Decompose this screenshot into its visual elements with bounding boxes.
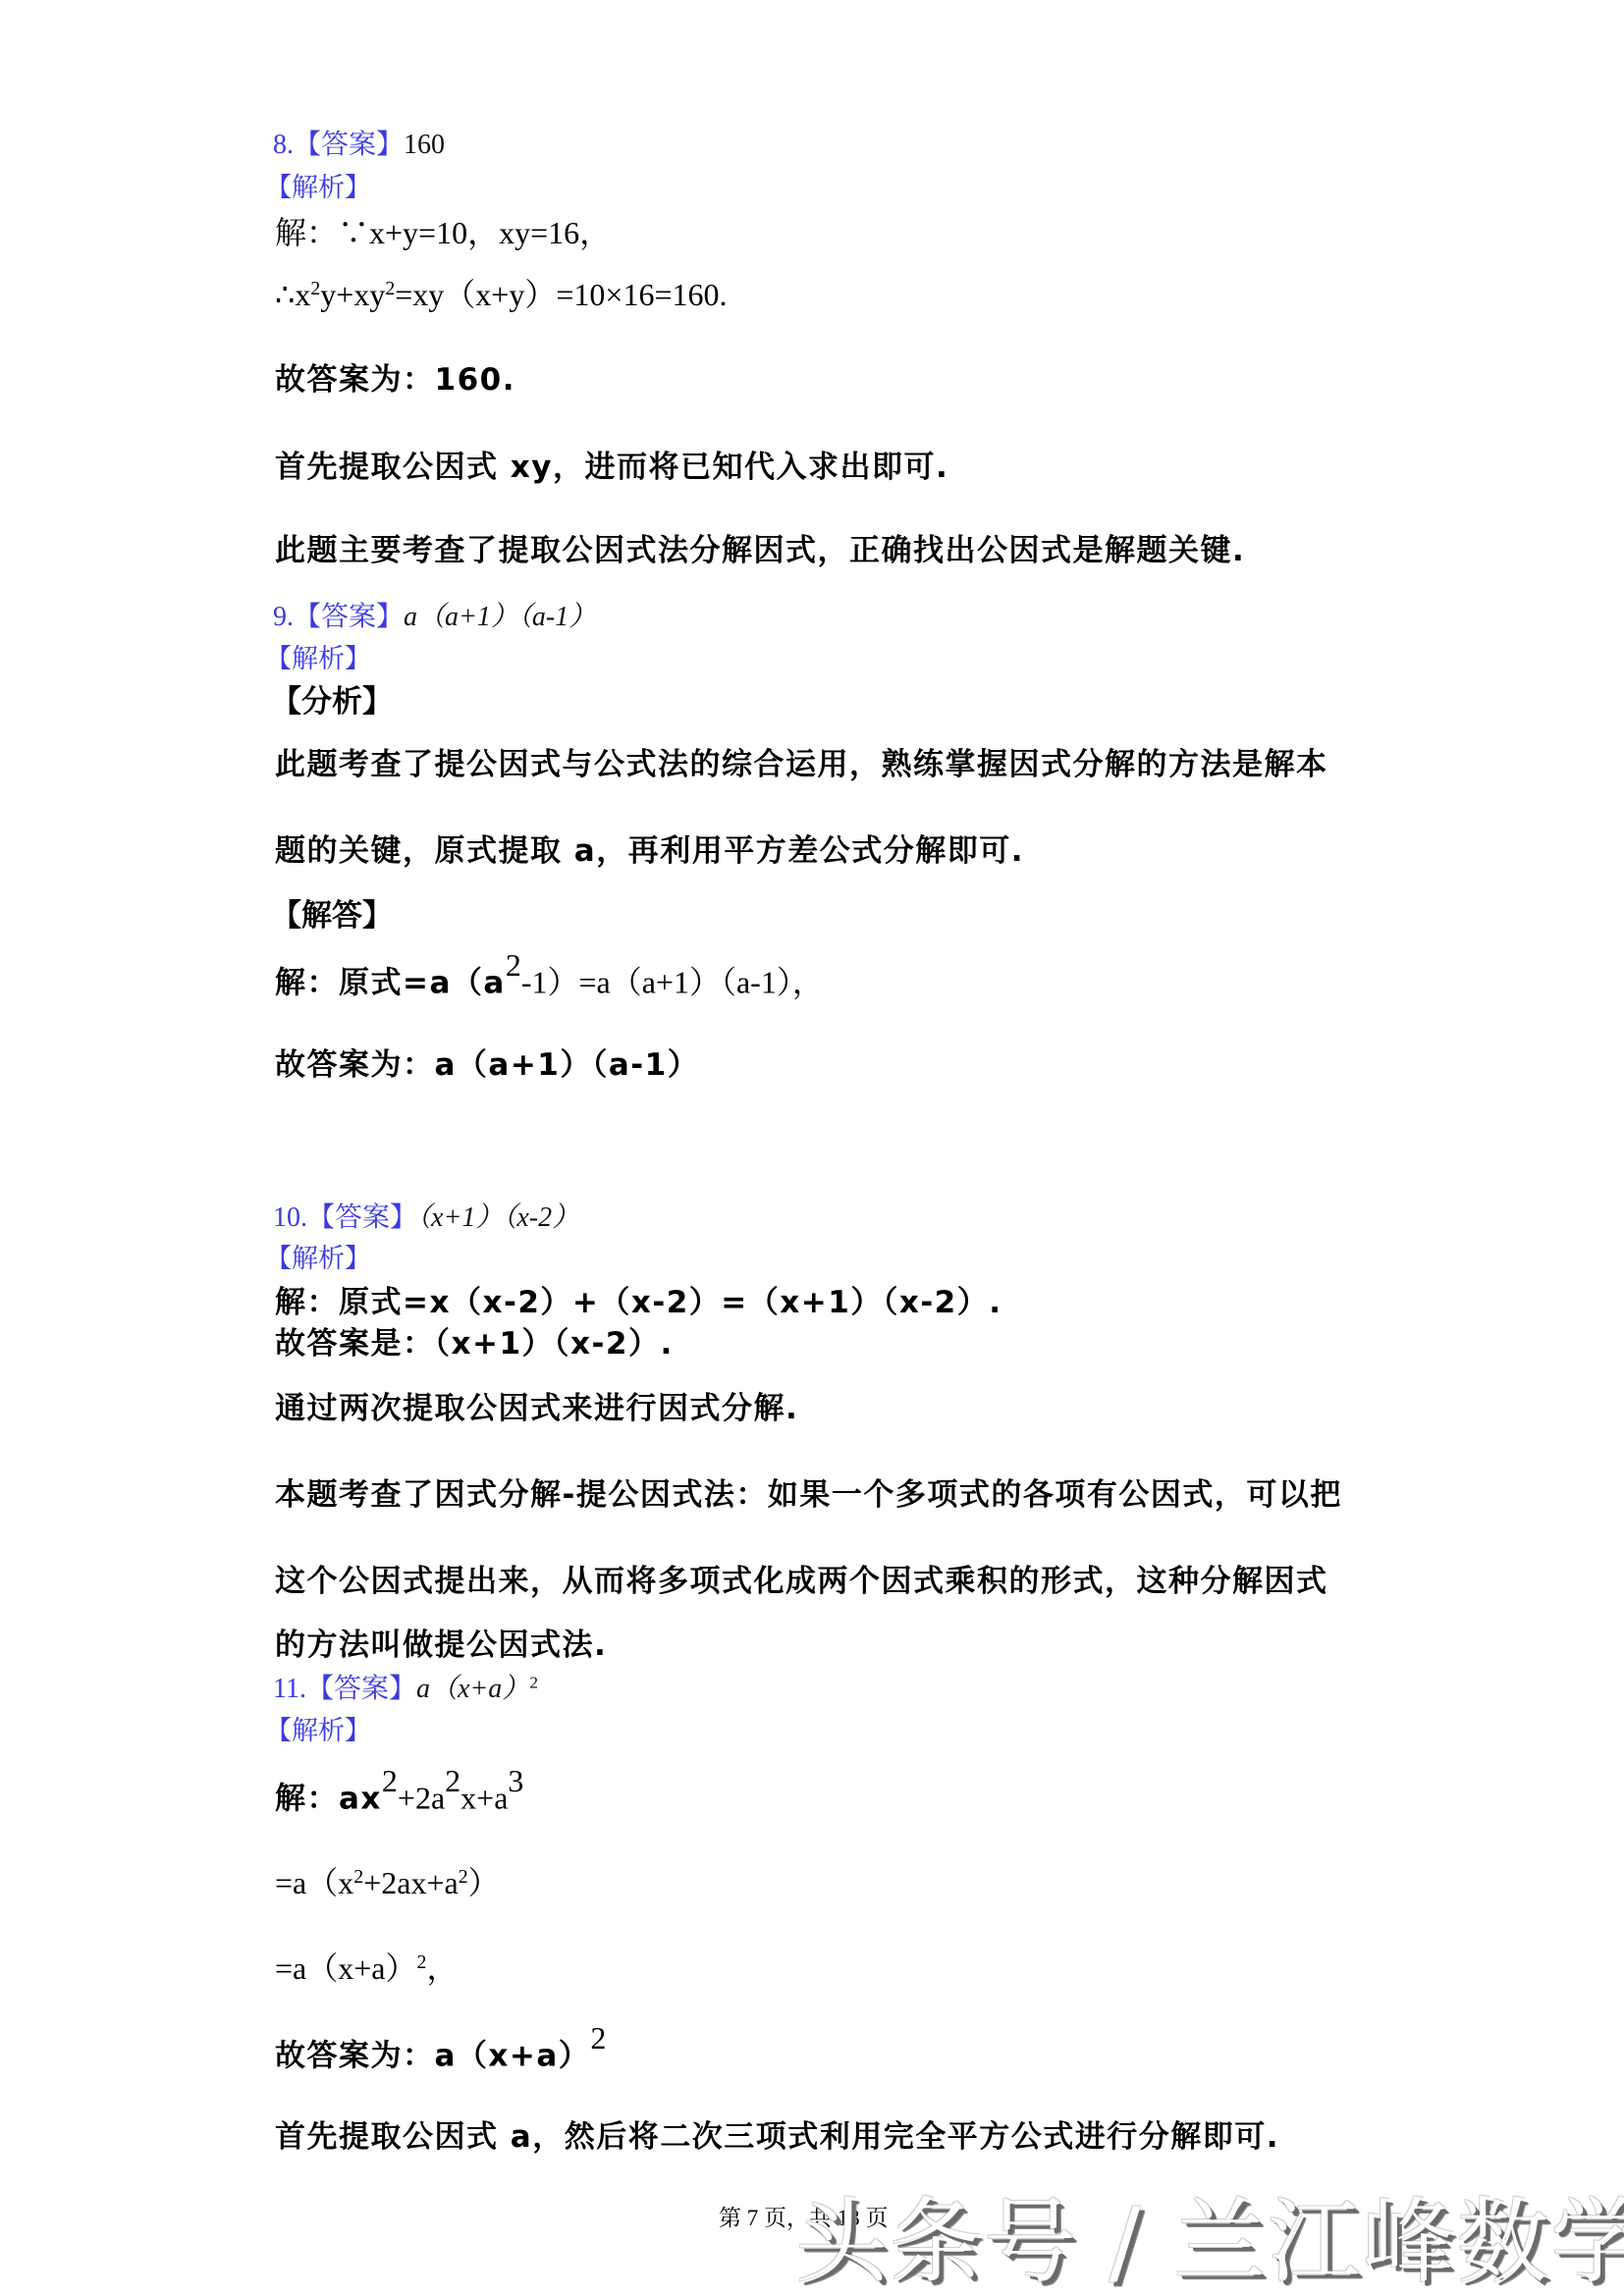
q11-line5: 首先提取公因式 a，然后将二次三项式利用完全平方公式进行分解即可. [275, 2122, 1279, 2153]
q9-jieda-label: 【解答】 [271, 901, 393, 932]
q9-final: 故答案为：a（a+1）（a-1） [275, 1050, 699, 1081]
q8-line2: ∴x2y+xy2=xy（x+y）=10×16=160. [275, 279, 728, 310]
q10-heading: 10.【答案】（x+1）（x-2） [273, 1204, 579, 1232]
q10-number: 10. [273, 1202, 307, 1233]
q8-line4: 首先提取公因式 xy，进而将已知代入求出即可. [275, 453, 948, 483]
q9-answer: a（a+1）（a-1） [404, 602, 596, 632]
q10-line5: 这个公因式提出来，从而将多项式化成两个因式乘积的形式，这种分解因式 [275, 1567, 1328, 1597]
q9-fenxi-label: 【分析】 [271, 687, 393, 718]
q8-line1: 解：∵x+y=10，xy=16， [275, 217, 611, 249]
q8-number: 8. [273, 130, 294, 160]
q11-line3: =a（x+a）2， [275, 1952, 458, 1984]
q9-jieda-line: 解：原式=a（a2-1）=a（a+1）（a-1）， [275, 965, 824, 999]
q8-analysis-label: 【解析】 [265, 175, 371, 201]
q8-heading: 8.【答案】160 [273, 132, 445, 159]
watermark: 头条号 / 兰江峰数学 [795, 2167, 1624, 2296]
q9-analysis-label: 【解析】 [265, 646, 371, 672]
q9-fenxi-line2: 题的关键，原式提取 a，再利用平方差公式分解即可. [275, 836, 1024, 867]
q11-answer: a（x+a） [416, 1674, 529, 1704]
q11-line2: =a（x2+2ax+a2） [275, 1867, 500, 1898]
q10-answer: （x+1）（x-2） [417, 1202, 579, 1233]
q8-answer-label: 【答案】 [294, 130, 404, 160]
q11-heading: 11.【答案】a（x+a）2 [273, 1676, 538, 1703]
q11-answer-label: 【答案】 [306, 1674, 416, 1704]
q8-line5: 此题主要考查了提取公因式法分解因式，正确找出公因式是解题关键. [275, 536, 1245, 566]
q11-number: 11. [273, 1674, 306, 1704]
q10-line1: 解：原式=x（x-2）+（x-2）=（x+1）（x-2）. [275, 1288, 1002, 1318]
q8-answer: 160 [404, 130, 445, 160]
q10-analysis-label: 【解析】 [265, 1246, 371, 1272]
q11-line4: 故答案为：a（x+a）2 [275, 2038, 606, 2072]
q10-answer-label: 【答案】 [307, 1202, 417, 1233]
q9-answer-label: 【答案】 [294, 602, 404, 632]
q8-line3: 故答案为：160. [275, 365, 515, 396]
q11-analysis-label: 【解析】 [265, 1718, 371, 1744]
q10-line3: 通过两次提取公因式来进行因式分解. [275, 1394, 798, 1424]
q11-line1: 解：ax2+2a2x+a3 [275, 1781, 523, 1815]
q10-line4: 本题考查了因式分解-提公因式法：如果一个多项式的各项有公因式，可以把 [275, 1480, 1342, 1511]
q10-line2: 故答案是：（x+1）（x-2）. [275, 1329, 674, 1360]
q10-line6: 的方法叫做提公因式法. [275, 1630, 607, 1661]
q9-heading: 9.【答案】a（a+1）（a-1） [273, 604, 596, 631]
q9-fenxi-line1: 此题考查了提公因式与公式法的综合运用，熟练掌握因式分解的方法是解本 [275, 750, 1328, 780]
q9-number: 9. [273, 602, 294, 632]
